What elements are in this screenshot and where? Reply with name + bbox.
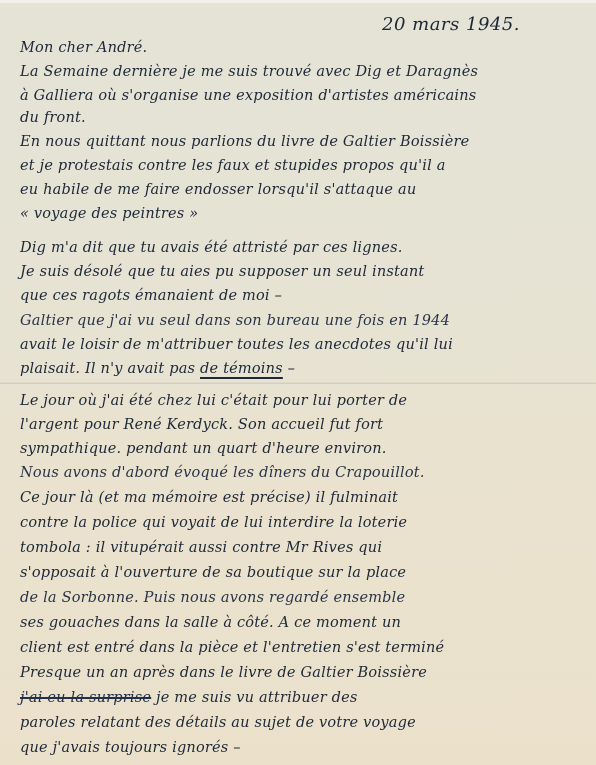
letter-line: eu habile de me faire endosser lorsqu'il… (20, 182, 416, 198)
letter-line: que ces ragots émanaient de moi – (20, 288, 282, 304)
letter-line: tombola : il vitupérait aussi contre Mr … (20, 540, 382, 556)
letter-line: Ce jour là (et ma mémoire est précise) i… (20, 490, 398, 506)
letter-line: et je protestais contre les faux et stup… (20, 158, 446, 174)
letter-line: avait le loisir de m'attribuer toutes le… (20, 337, 453, 353)
letter-line: à Galliera où s'organise une exposition … (20, 88, 476, 104)
letter-line: Je suis désolé que tu aies pu supposer u… (20, 264, 424, 280)
letter-line: l'argent pour René Kerdyck. Son accueil … (20, 417, 383, 433)
letter-line: Presque un an après dans le livre de Gal… (20, 665, 427, 681)
letter-line: En nous quittant nous parlions du livre … (20, 134, 469, 150)
letter-line: Le jour où j'ai été chez lui c'était pou… (20, 393, 407, 409)
letter-line: client est entré dans la pièce et l'entr… (20, 640, 444, 656)
letter-line: sympathique. pendant un quart d'heure en… (20, 441, 387, 457)
letter-date: 20 mars 1945. (382, 14, 520, 35)
letter-line: je me suis vu attribuer des (156, 690, 358, 706)
letter-line: contre la police qui voyait de lui inter… (20, 515, 407, 531)
letter-line: s'opposait à l'ouverture de sa boutique … (20, 565, 406, 581)
salutation: Mon cher André. (20, 40, 147, 56)
letter-line: paroles relatant des détails au sujet de… (20, 715, 416, 731)
letter-line: de la Sorbonne. Puis nous avons regardé … (20, 590, 405, 606)
underlined-phrase: de témoins (200, 361, 283, 377)
letter-line: Nous avons d'abord évoqué les dîners du … (20, 465, 425, 481)
paper-top-edge (0, 0, 596, 3)
letter-line-underlined: plaisait. Il n'y avait pas de témoins – (20, 361, 295, 377)
letter-line: du front. (20, 110, 86, 126)
letter-line: que j'avais toujours ignorés – (20, 740, 241, 756)
letter-line-underlined: plaisait. Il n'y avait pas de témoins – (20, 361, 295, 377)
letter-line: La Semaine dernière je me suis trouvé av… (20, 64, 478, 80)
struck-text: j'ai eu la surprise (20, 690, 151, 706)
letter-line-with-strike: j'ai eu la surprise je me suis vu attrib… (20, 690, 358, 706)
paper-fold-line (0, 382, 596, 385)
letter-line: ses gouaches dans la salle à côté. A ce … (20, 615, 401, 631)
letter-line: Galtier que j'ai vu seul dans son bureau… (20, 313, 450, 329)
letter-line: « voyage des peintres » (20, 206, 198, 222)
letter-line: Dig m'a dit que tu avais été attristé pa… (20, 240, 403, 256)
letter-page: 20 mars 1945. Mon cher André. La Semaine… (0, 0, 596, 765)
